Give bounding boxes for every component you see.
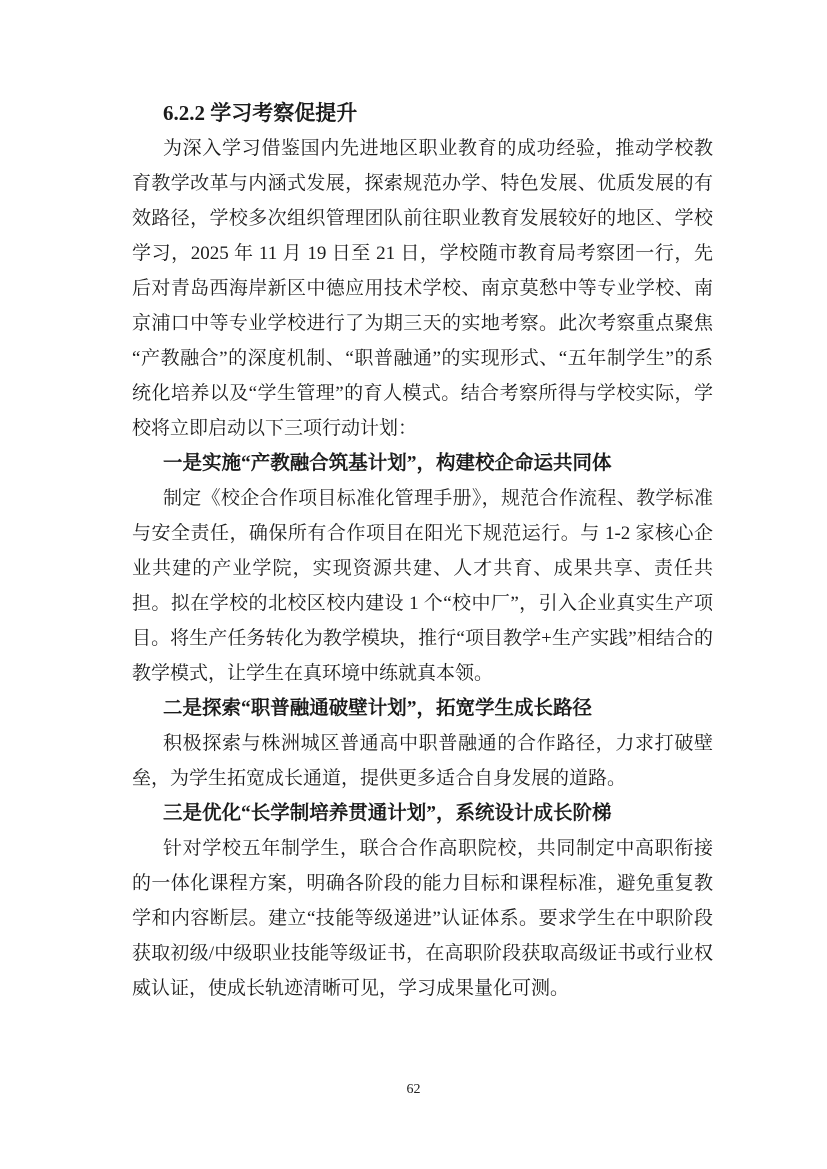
- page-number: 62: [0, 1080, 827, 1100]
- subheading-plan-3: 三是优化“长学制培养贯通计划”，系统设计成长阶梯: [132, 796, 713, 831]
- paragraph-plan-2: 积极探索与株洲城区普通高中职普融通的合作路径，力求打破壁垒，为学生拓宽成长通道，…: [132, 726, 713, 796]
- section-heading: 6.2.2 学习考察促提升: [132, 96, 713, 131]
- document-content: 6.2.2 学习考察促提升 为深入学习借鉴国内先进地区职业教育的成功经验，推动学…: [132, 96, 713, 1006]
- paragraph-plan-1: 制定《校企合作项目标准化管理手册》，规范合作流程、教学标准与安全责任，确保所有合…: [132, 481, 713, 691]
- paragraph-plan-3: 针对学校五年制学生，联合合作高职院校，共同制定中高职衔接的一体化课程方案，明确各…: [132, 831, 713, 1006]
- subheading-plan-2: 二是探索“职普融通破壁计划”，拓宽学生成长路径: [132, 691, 713, 726]
- document-page: 6.2.2 学习考察促提升 为深入学习借鉴国内先进地区职业教育的成功经验，推动学…: [0, 0, 827, 1169]
- subheading-plan-1: 一是实施“产教融合筑基计划”，构建校企命运共同体: [132, 446, 713, 481]
- paragraph-intro: 为深入学习借鉴国内先进地区职业教育的成功经验，推动学校教育教学改革与内涵式发展，…: [132, 131, 713, 446]
